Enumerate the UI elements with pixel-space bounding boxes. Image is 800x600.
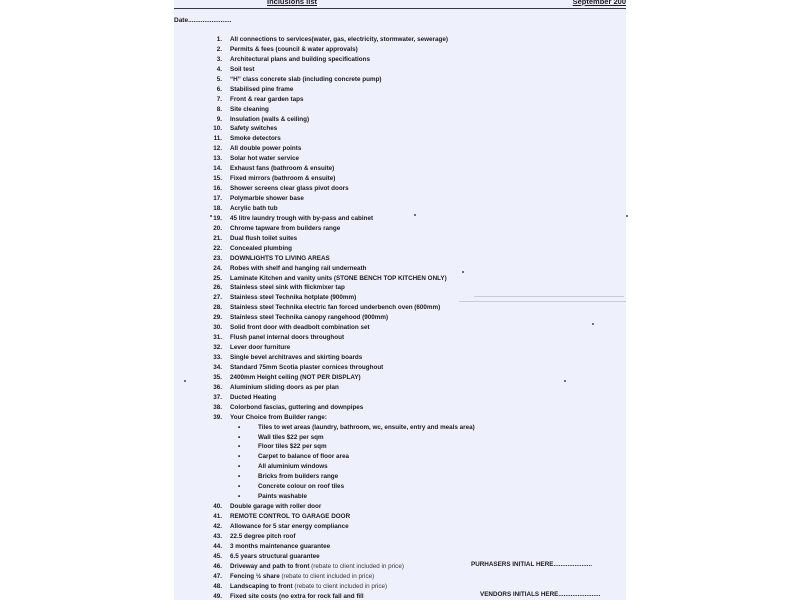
item-number: 42. <box>208 522 222 532</box>
list-item: 14.Exhaust fans (bathroom & ensuite) <box>208 164 626 174</box>
list-item: 9.Insulation (walls & ceiling) <box>208 115 626 125</box>
item-number: 26. <box>208 283 222 293</box>
list-item: 34.Standard 75mm Scotia plaster cornices… <box>208 363 626 373</box>
item-text: 6.5 years structural guarantee <box>230 552 320 562</box>
item-text: Site cleaning <box>230 105 269 115</box>
item-number: 40. <box>208 502 222 512</box>
item-text: Permits & fees (council & water approval… <box>230 45 358 55</box>
item-text: Stainless steel Technika hotplate (900mm… <box>230 293 356 303</box>
list-item: 44.3 months maintenance guarantee <box>208 542 626 552</box>
item-number: 3. <box>208 55 222 65</box>
list-item: 29.Stainless steel Technika canopy range… <box>208 313 626 323</box>
list-item: 6.Stabilised pine frame <box>208 85 626 95</box>
item-number: 2. <box>208 45 222 55</box>
item-number: 17. <box>208 194 222 204</box>
list-item: 5.“H” class concrete slab (including con… <box>208 75 626 85</box>
list-item: 17.Polymarble shower base <box>208 194 626 204</box>
list-item: 28.Stainless steel Technika electric fan… <box>208 303 626 313</box>
list-item: 26.Stainless steel sink with flickmixer … <box>208 283 626 293</box>
builder-range-text: Bricks from builders range <box>258 472 338 482</box>
item-number: 10. <box>208 124 222 134</box>
item-number: 44. <box>208 542 222 552</box>
scan-speck <box>462 271 464 273</box>
item-number: 16. <box>208 184 222 194</box>
list-item: 4.Soil test <box>208 65 626 75</box>
item-number: 27. <box>208 293 222 303</box>
list-item: 21.Dual flush toilet suites <box>208 234 626 244</box>
purchasers-initial-field: PURHASERS INITIAL HERE..................… <box>471 561 592 568</box>
list-item: 43.22.5 degree pitch roof <box>208 532 626 542</box>
list-item: 39.Your Choice from Builder range: <box>208 413 626 423</box>
bullet-icon: • <box>238 423 240 433</box>
scan-speck <box>564 380 566 382</box>
list-item: 30.Solid front door with deadbolt combin… <box>208 323 626 333</box>
item-number: 18. <box>208 204 222 214</box>
item-number: 31. <box>208 333 222 343</box>
item-text: Lever door furniture <box>230 343 290 353</box>
item-text: Smoke detectors <box>230 134 281 144</box>
list-item: 31.Flush panel internal doors throughout <box>208 333 626 343</box>
item-number: 8. <box>208 105 222 115</box>
item-text: 22.5 degree pitch roof <box>230 532 295 542</box>
item-number: 24. <box>208 264 222 274</box>
bullet-icon: • <box>238 472 240 482</box>
builder-range-text: Concrete colour on roof tiles <box>258 482 344 492</box>
bullet-icon: • <box>238 492 240 502</box>
item-text: Chrome tapware from builders range <box>230 224 340 234</box>
list-item: 15.Fixed mirrors (bathroom & ensuite) <box>208 174 626 184</box>
item-number: 28. <box>208 303 222 313</box>
item-text: All connections to services(water, gas, … <box>230 35 448 45</box>
scan-speck <box>592 323 594 325</box>
item-text: Laminate Kitchen and vanity units (STONE… <box>230 274 447 284</box>
item-number: 45. <box>208 552 222 562</box>
list-item: 24.Robes with shelf and hanging rail und… <box>208 264 626 274</box>
item-number: 13. <box>208 154 222 164</box>
scan-speck <box>626 215 628 217</box>
item-text: Flush panel internal doors throughout <box>230 333 344 343</box>
list-item: 42.Allowance for 5 star energy complianc… <box>208 522 626 532</box>
item-number: 25. <box>208 274 222 284</box>
scan-speck <box>210 215 212 217</box>
item-number: 14. <box>208 164 222 174</box>
builder-range-item: •Wall tiles $22 per sqm <box>208 433 626 443</box>
bullet-icon: • <box>238 442 240 452</box>
item-text: 45 litre laundry trough with by-pass and… <box>230 214 373 224</box>
list-item: 3.Architectural plans and building speci… <box>208 55 626 65</box>
list-item: 18.Acrylic bath tub <box>208 204 626 214</box>
item-text: Colorbond fascias, guttering and downpip… <box>230 403 363 413</box>
list-item: 12.All double power points <box>208 144 626 154</box>
item-number: 7. <box>208 95 222 105</box>
item-text: Safety switches <box>230 124 277 134</box>
item-main-text: Double garage with roller door <box>230 503 321 510</box>
item-text: All double power points <box>230 144 301 154</box>
builder-range-text: Carpet to balance of floor area <box>258 452 349 462</box>
builder-range-text: Wall tiles $22 per sqm <box>258 433 324 443</box>
list-item: 7.Front & rear garden taps <box>208 95 626 105</box>
item-text: Driveway and path to front (rebate to cl… <box>230 562 404 572</box>
item-text: Acrylic bath tub <box>230 204 278 214</box>
item-number: 47. <box>208 572 222 582</box>
item-number: 11. <box>208 134 222 144</box>
item-number: 6. <box>208 85 222 95</box>
builder-range-text: Floor tiles $22 per sqm <box>258 442 327 452</box>
list-item: 1.All connections to services(water, gas… <box>208 35 626 45</box>
item-main-text: Allowance for 5 star energy compliance <box>230 523 349 530</box>
item-text: Insulation (walls & ceiling) <box>230 115 309 125</box>
item-text: DOWNLIGHTS TO LIVING AREAS <box>230 254 330 264</box>
vendors-initials-field: VENDORS INITIALS HERE...................… <box>480 591 600 598</box>
item-number: 33. <box>208 353 222 363</box>
item-main-text: Fixed site costs (no extra for rock fall… <box>230 593 364 600</box>
list-item: 33.Single bevel architraves and skirting… <box>208 353 626 363</box>
item-number: 1. <box>208 35 222 45</box>
list-item: 13.Solar hot water service <box>208 154 626 164</box>
item-text: Concealed plumbing <box>230 244 292 254</box>
item-text: Polymarble shower base <box>230 194 304 204</box>
item-number: 30. <box>208 323 222 333</box>
scan-speck <box>184 380 186 382</box>
item-text: Exhaust fans (bathroom & ensuite) <box>230 164 334 174</box>
list-item: 8.Site cleaning <box>208 105 626 115</box>
item-number: 12. <box>208 144 222 154</box>
item-number: 22. <box>208 244 222 254</box>
item-number: 29. <box>208 313 222 323</box>
item-number: 9. <box>208 115 222 125</box>
item-main-text: Driveway and path to front <box>230 563 311 570</box>
scan-smudge <box>459 301 626 302</box>
date-field: Date........................ <box>174 17 231 24</box>
item-number: 46. <box>208 562 222 572</box>
item-text: Shower screens clear glass pivot doors <box>230 184 349 194</box>
item-text: Fencing ½ share (rebate to client includ… <box>230 572 374 582</box>
builder-range-item: •Carpet to balance of floor area <box>208 452 626 462</box>
document-header: Inclusions list September 200 <box>174 0 626 9</box>
item-main-text: 3 months maintenance guarantee <box>230 543 330 550</box>
list-item: 22.Concealed plumbing <box>208 244 626 254</box>
builder-range-text: All aluminium windows <box>258 462 328 472</box>
item-text: Stainless steel sink with flickmixer tap <box>230 283 345 293</box>
item-text: Standard 75mm Scotia plaster cornices th… <box>230 363 383 373</box>
item-main-text: 22.5 degree pitch roof <box>230 533 295 540</box>
builder-range-item: •Tiles to wet areas (laundry, bathroom, … <box>208 423 626 433</box>
item-number: 5. <box>208 75 222 85</box>
item-text: Stabilised pine frame <box>230 85 293 95</box>
item-number: 34. <box>208 363 222 373</box>
item-text: 2400mm Height ceiling (NOT PER DISPLAY) <box>230 373 361 383</box>
list-item: 41.REMOTE CONTROL TO GARAGE DOOR <box>208 512 626 522</box>
item-text: 3 months maintenance guarantee <box>230 542 330 552</box>
item-number: 37. <box>208 393 222 403</box>
item-text: Architectural plans and building specifi… <box>230 55 370 65</box>
builder-range-item: •Paints washable <box>208 492 626 502</box>
bullet-icon: • <box>238 433 240 443</box>
item-text: Front & rear garden taps <box>230 95 303 105</box>
item-main-text: Fencing ½ share <box>230 573 281 580</box>
list-item: 2.Permits & fees (council & water approv… <box>208 45 626 55</box>
item-main-text: 6.5 years structural guarantee <box>230 553 320 560</box>
item-text: Fixed site costs (no extra for rock fall… <box>230 592 364 600</box>
item-number: 21. <box>208 234 222 244</box>
item-text: Double garage with roller door <box>230 502 321 512</box>
list-item: 47.Fencing ½ share (rebate to client inc… <box>208 572 626 582</box>
bullet-icon: • <box>238 462 240 472</box>
item-number: 38. <box>208 403 222 413</box>
list-item: 48.Landscaping to front (rebate to clien… <box>208 582 626 592</box>
item-text: Allowance for 5 star energy compliance <box>230 522 349 532</box>
item-text: Fixed mirrors (bathroom & ensuite) <box>230 174 335 184</box>
builder-range-text: Paints washable <box>258 492 307 502</box>
list-item: 11.Smoke detectors <box>208 134 626 144</box>
header-date: September 200 <box>573 0 626 6</box>
builder-range-item: •Concrete colour on roof tiles <box>208 482 626 492</box>
item-text: Ducted Heating <box>230 393 276 403</box>
bullet-icon: • <box>238 452 240 462</box>
builder-range-item: •All aluminium windows <box>208 462 626 472</box>
builder-range-item: •Bricks from builders range <box>208 472 626 482</box>
item-text: Single bevel architraves and skirting bo… <box>230 353 362 363</box>
item-number: 15. <box>208 174 222 184</box>
item-text: Dual flush toilet suites <box>230 234 297 244</box>
item-text: Aluminium sliding doors as per plan <box>230 383 339 393</box>
item-note: (rebate to client included in price) <box>294 583 387 590</box>
item-number: 43. <box>208 532 222 542</box>
scan-smudge <box>474 296 624 297</box>
item-number: 39. <box>208 413 222 423</box>
item-number: 41. <box>208 512 222 522</box>
list-item: 23.DOWNLIGHTS TO LIVING AREAS <box>208 254 626 264</box>
item-text: Stainless steel Technika canopy rangehoo… <box>230 313 388 323</box>
list-item: 38.Colorbond fascias, guttering and down… <box>208 403 626 413</box>
item-number: 4. <box>208 65 222 75</box>
item-number: 35. <box>208 373 222 383</box>
list-item: 37.Ducted Heating <box>208 393 626 403</box>
list-item: 32.Lever door furniture <box>208 343 626 353</box>
list-item: 25.Laminate Kitchen and vanity units (ST… <box>208 274 626 284</box>
item-text: Robes with shelf and hanging rail undern… <box>230 264 366 274</box>
item-text: Soil test <box>230 65 255 75</box>
item-text: Your Choice from Builder range: <box>230 413 327 423</box>
item-number: 32. <box>208 343 222 353</box>
item-number: 23. <box>208 254 222 264</box>
builder-range-item: •Floor tiles $22 per sqm <box>208 442 626 452</box>
item-number: 49. <box>208 592 222 600</box>
document-title: Inclusions list <box>267 0 317 6</box>
list-item: 36.Aluminium sliding doors as per plan <box>208 383 626 393</box>
item-main-text: Landscaping to front <box>230 583 294 590</box>
item-text: Solid front door with deadbolt combinati… <box>230 323 370 333</box>
list-item: 19.45 litre laundry trough with by-pass … <box>208 214 626 224</box>
item-text: “H” class concrete slab (including concr… <box>230 75 382 85</box>
list-item: 16.Shower screens clear glass pivot door… <box>208 184 626 194</box>
item-main-text: REMOTE CONTROL TO GARAGE DOOR <box>230 513 350 520</box>
list-item: 10.Safety switches <box>208 124 626 134</box>
item-text: Solar hot water service <box>230 154 299 164</box>
item-number: 20. <box>208 224 222 234</box>
scan-speck <box>414 214 416 216</box>
item-text: Landscaping to front (rebate to client i… <box>230 582 387 592</box>
list-item: 20.Chrome tapware from builders range <box>208 224 626 234</box>
item-number: 48. <box>208 582 222 592</box>
builder-range-text: Tiles to wet areas (laundry, bathroom, w… <box>258 423 475 433</box>
inclusions-list: 1.All connections to services(water, gas… <box>208 35 626 600</box>
scanned-document-page: Inclusions list September 200 Date......… <box>174 0 626 600</box>
item-note: (rebate to client included in price) <box>281 573 374 580</box>
item-number: 36. <box>208 383 222 393</box>
item-text: Stainless steel Technika electric fan fo… <box>230 303 440 313</box>
item-note: (rebate to client included in price) <box>311 563 404 570</box>
item-text: REMOTE CONTROL TO GARAGE DOOR <box>230 512 350 522</box>
list-item: 40.Double garage with roller door <box>208 502 626 512</box>
bullet-icon: • <box>238 482 240 492</box>
